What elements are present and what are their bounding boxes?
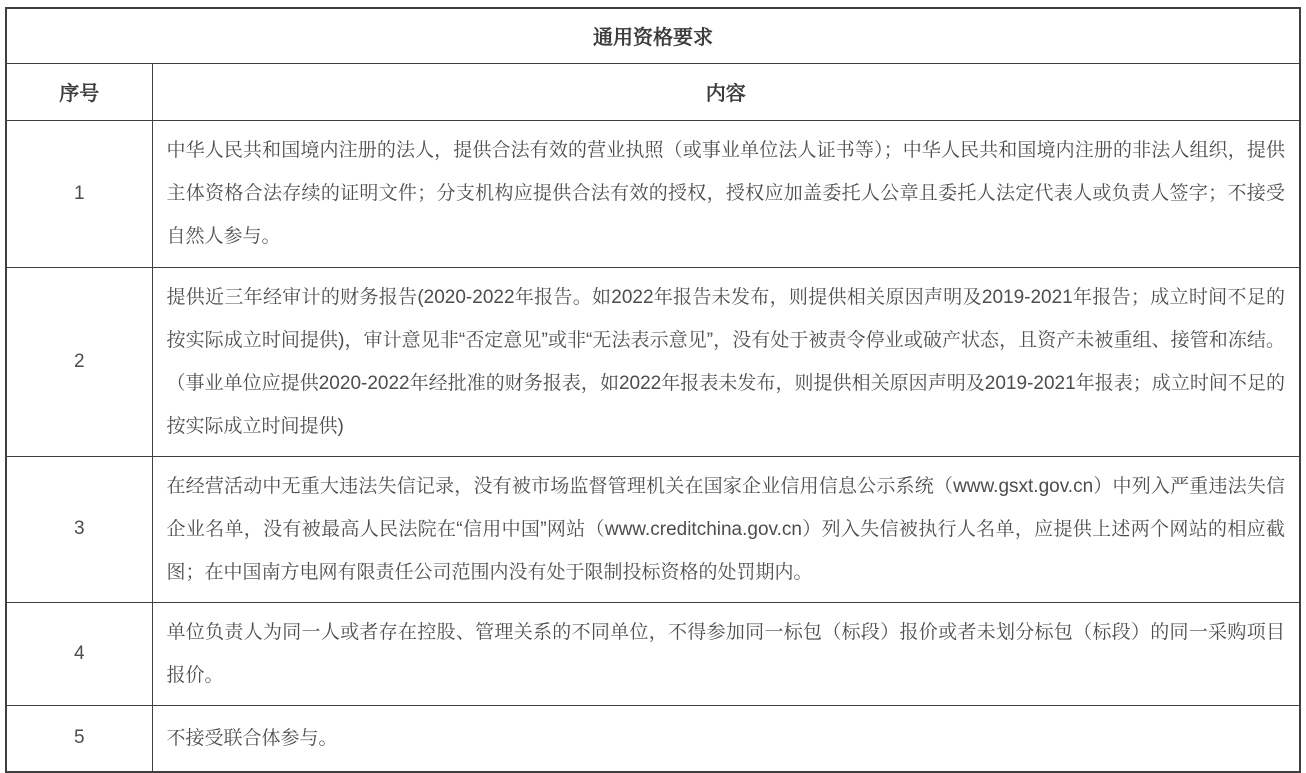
table-title: 通用资格要求: [6, 8, 1300, 63]
row-index: 5: [6, 705, 152, 772]
document-page: 通用资格要求 序号 内容 1 中华人民共和国境内注册的法人，提供合法有效的营业执…: [0, 0, 1306, 760]
table-row: 1 中华人民共和国境内注册的法人，提供合法有效的营业执照（或事业单位法人证书等）…: [6, 120, 1300, 267]
row-content: 单位负责人为同一人或者存在控股、管理关系的不同单位，不得参加同一标包（标段）报价…: [152, 602, 1300, 705]
table-title-row: 通用资格要求: [6, 8, 1300, 63]
row-index: 3: [6, 456, 152, 602]
table-row: 5 不接受联合体参与。: [6, 705, 1300, 772]
table-header-row: 序号 内容: [6, 63, 1300, 120]
row-index: 1: [6, 120, 152, 267]
table-row: 2 提供近三年经审计的财务报告(2020-2022年报告。如2022年报告未发布…: [6, 267, 1300, 456]
column-header-index: 序号: [6, 63, 152, 120]
row-content: 提供近三年经审计的财务报告(2020-2022年报告。如2022年报告未发布，则…: [152, 267, 1300, 456]
row-content: 中华人民共和国境内注册的法人，提供合法有效的营业执照（或事业单位法人证书等）；中…: [152, 120, 1300, 267]
row-index: 4: [6, 602, 152, 705]
row-content: 不接受联合体参与。: [152, 705, 1300, 772]
row-index: 2: [6, 267, 152, 456]
qualification-requirements-table: 通用资格要求 序号 内容 1 中华人民共和国境内注册的法人，提供合法有效的营业执…: [5, 7, 1301, 773]
table-row: 4 单位负责人为同一人或者存在控股、管理关系的不同单位，不得参加同一标包（标段）…: [6, 602, 1300, 705]
table-row: 3 在经营活动中无重大违法失信记录，没有被市场监督管理机关在国家企业信用信息公示…: [6, 456, 1300, 602]
column-header-content: 内容: [152, 63, 1300, 120]
row-content: 在经营活动中无重大违法失信记录，没有被市场监督管理机关在国家企业信用信息公示系统…: [152, 456, 1300, 602]
